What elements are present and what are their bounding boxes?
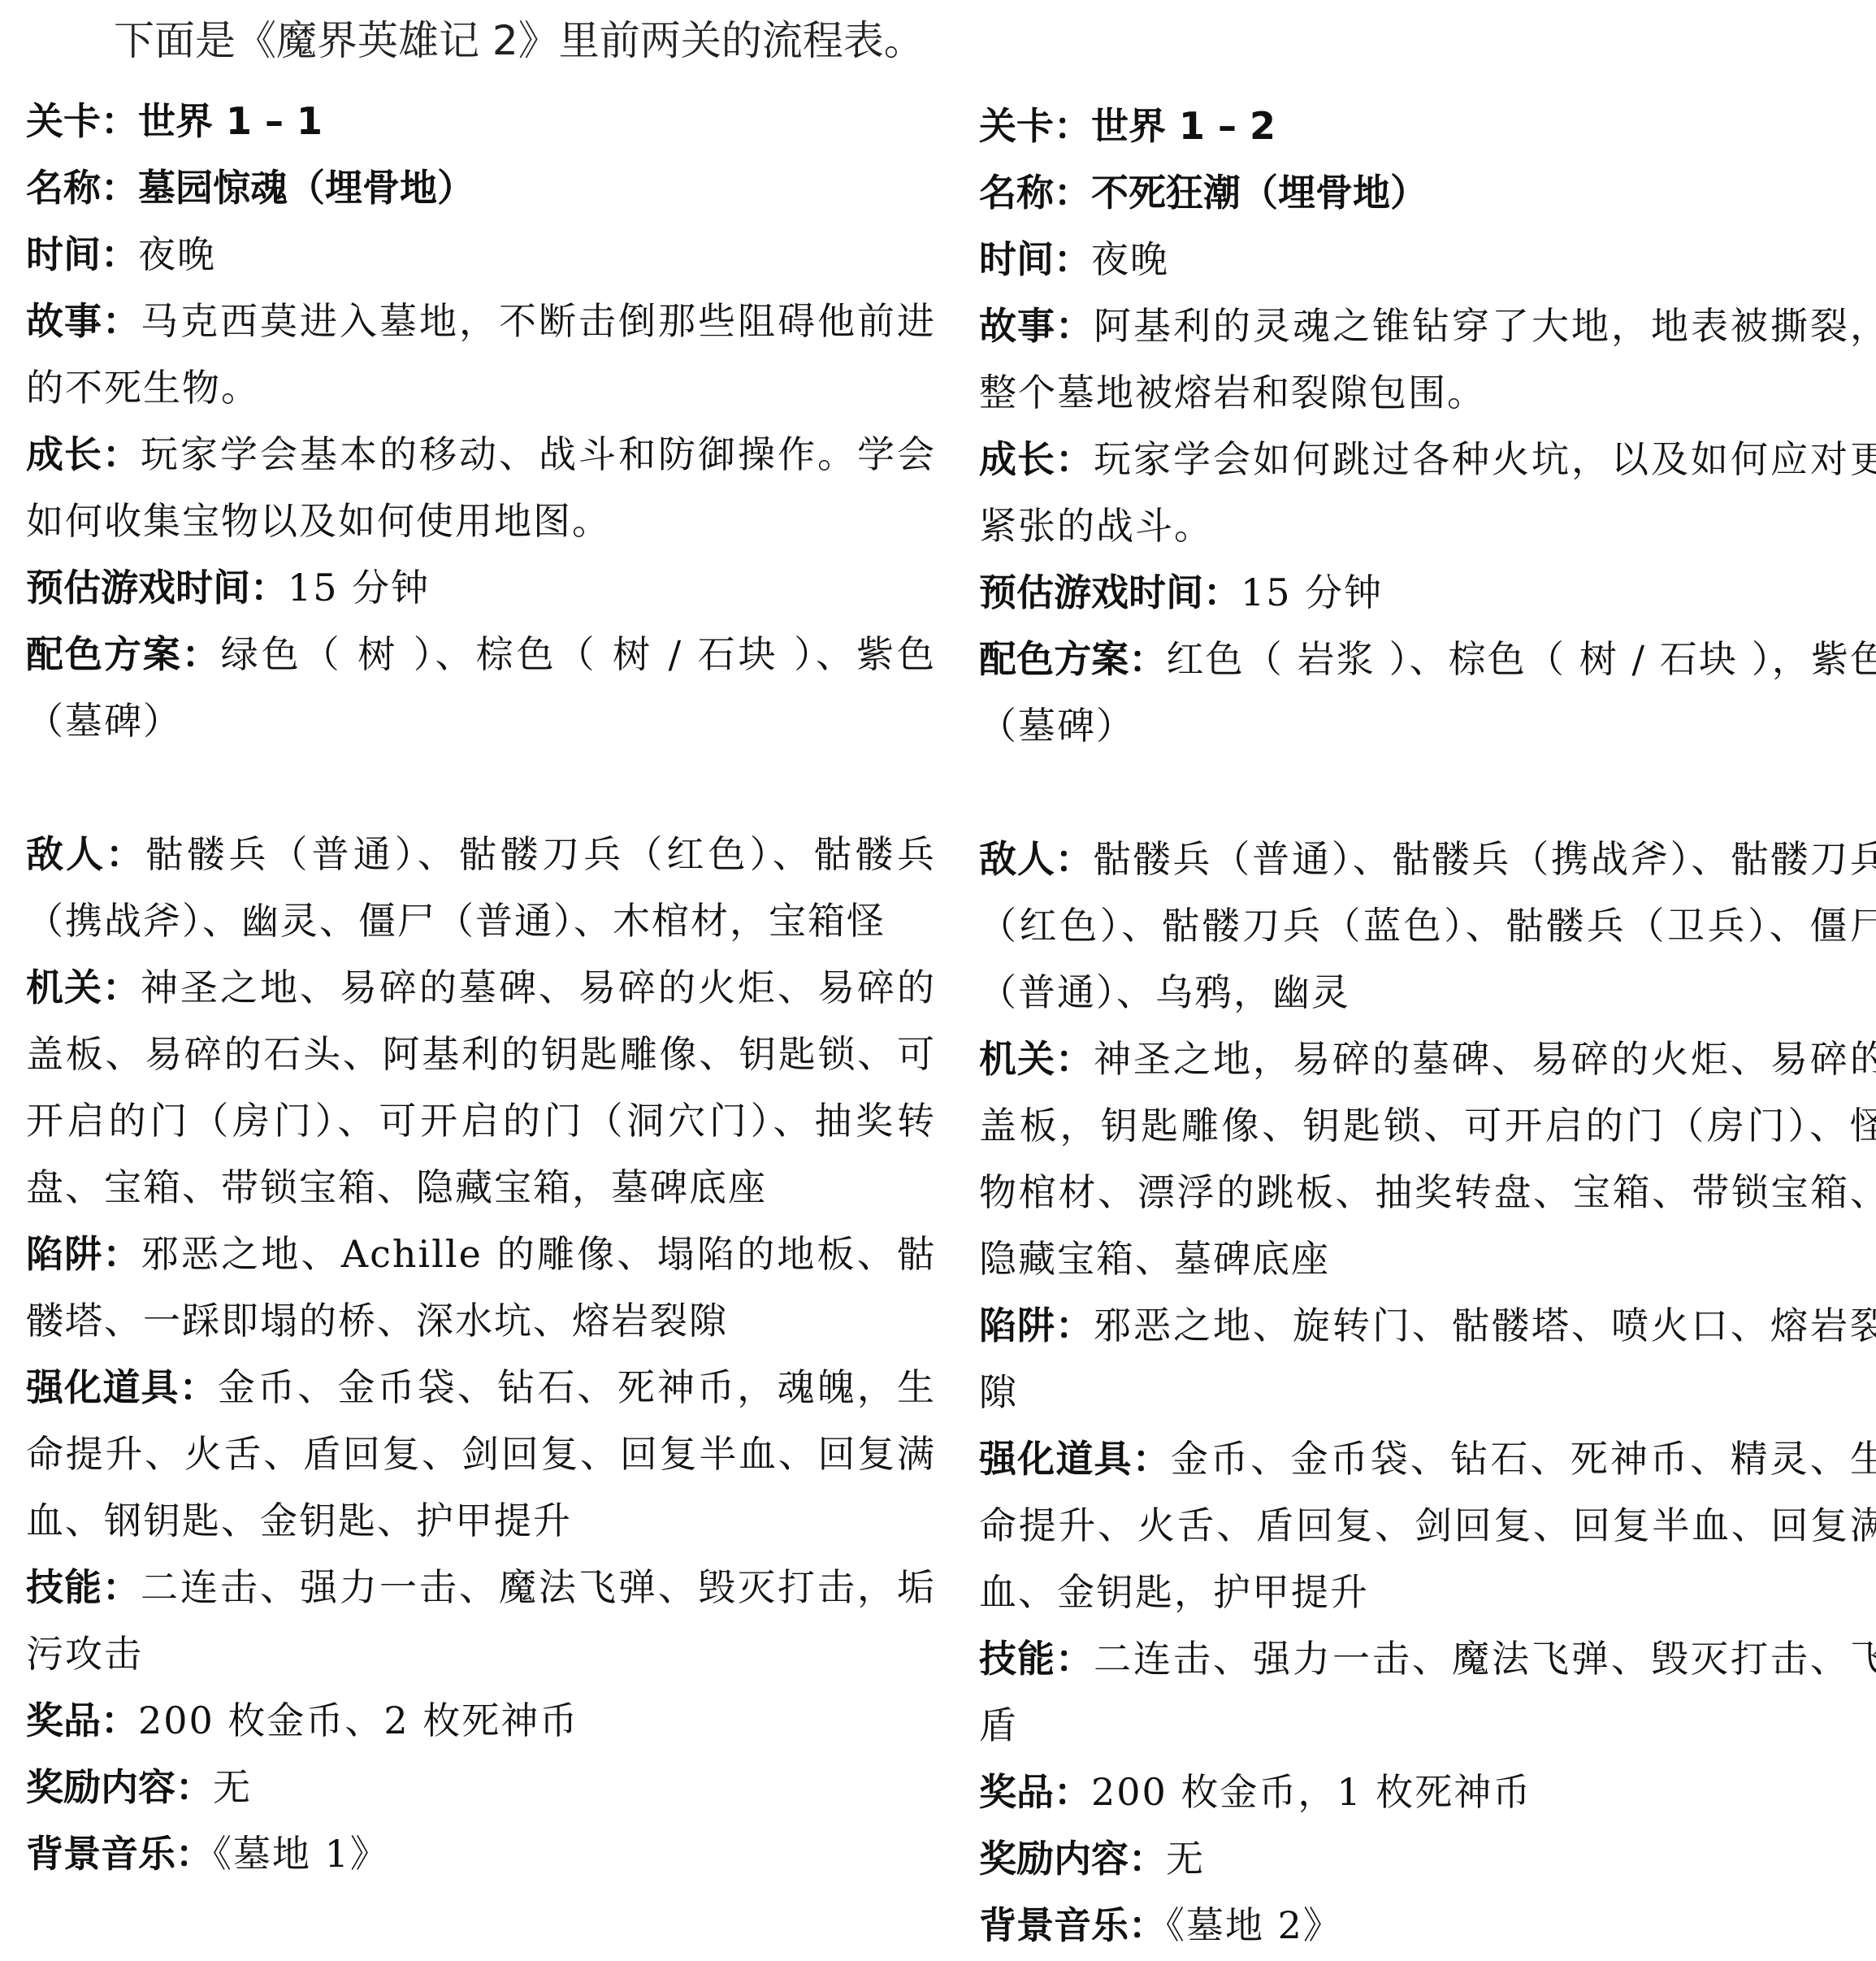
field-label: 预估游戏时间： xyxy=(26,566,288,610)
field-value: 夜晚 xyxy=(138,232,216,276)
field-playtime: 预估游戏时间：15 分钟 xyxy=(979,559,1876,626)
field-powerups: 强化道具：金币、金币袋、钻石、死神币，魂魄，生命提升、火舌、盾回复、剑回复、回复… xyxy=(26,1354,936,1554)
field-music: 背景音乐：《墓地 1》 xyxy=(26,1820,936,1887)
field-label: 时间： xyxy=(26,232,138,276)
field-label: 强化道具： xyxy=(979,1437,1171,1481)
field-value: 无 xyxy=(1166,1837,1205,1881)
field-value: 神圣之地、易碎的墓碑、易碎的火炬、易碎的盖板、易碎的石头、阿基利的钥匙雕像、钥匙… xyxy=(26,965,936,1209)
field-label: 背景音乐： xyxy=(979,1903,1166,1947)
field-label: 敌人： xyxy=(979,837,1094,881)
field-name: 名称：墓园惊魂（埋骨地） xyxy=(26,154,936,221)
field-value: 神圣之地，易碎的墓碑、易碎的火炬、易碎的盖板，钥匙雕像、钥匙锁、可开启的门（房门… xyxy=(979,1037,1876,1281)
field-enemies: 敌人：骷髅兵（普通）、骷髅兵（携战斧）、骷髅刀兵（红色）、骷髅刀兵（蓝色）、骷髅… xyxy=(979,826,1876,1026)
field-music: 背景音乐：《墓地 2》 xyxy=(979,1892,1876,1959)
field-traps: 陷阱：邪恶之地、旋转门、骷髅塔、喷火口、熔岩裂隙 xyxy=(979,1292,1876,1425)
field-label: 故事： xyxy=(979,304,1094,348)
field-value: 阿基利的灵魂之锥钻穿了大地，地表被撕裂，整个墓地被熔岩和裂隙包围。 xyxy=(979,304,1876,414)
field-label: 机关： xyxy=(26,965,141,1009)
field-growth: 成长：玩家学会基本的移动、战斗和防御操作。学会如何收集宝物以及如何使用地图。 xyxy=(26,421,936,554)
field-prizes: 奖品：200 枚金币、2 枚死神币 xyxy=(26,1687,936,1754)
field-value: 世界 1 – 2 xyxy=(1091,104,1276,148)
field-label: 关卡： xyxy=(26,99,138,143)
field-value: 玩家学会如何跳过各种火坑，以及如何应对更紧张的战斗。 xyxy=(979,437,1876,548)
field-value: 邪恶之地、旋转门、骷髅塔、喷火口、熔岩裂隙 xyxy=(979,1304,1876,1414)
field-value: 《墓地 2》 xyxy=(1166,1903,1342,1947)
field-label: 强化道具： xyxy=(26,1365,218,1409)
field-label: 技能： xyxy=(26,1565,141,1609)
field-value: 夜晚 xyxy=(1091,237,1169,281)
field-value: 二连击、强力一击、魔法飞弹、毁灭打击、飞盾 xyxy=(979,1637,1876,1747)
field-value: 骷髅兵（普通）、骷髅刀兵（红色）、骷髅兵（携战斧）、幽灵、僵尸（普通）、木棺材，… xyxy=(26,832,936,943)
field-label: 配色方案： xyxy=(26,632,221,676)
field-skills: 技能：二连击、强力一击、魔法飞弹、毁灭打击、飞盾 xyxy=(979,1625,1876,1759)
field-label: 奖励内容： xyxy=(26,1765,213,1809)
field-label: 时间： xyxy=(979,237,1091,281)
field-label: 预估游戏时间： xyxy=(979,571,1241,614)
field-label: 故事： xyxy=(26,299,141,343)
field-label: 名称： xyxy=(26,166,138,210)
field-value: 15 分钟 xyxy=(1241,571,1383,614)
field-level: 关卡：世界 1 – 2 xyxy=(979,93,1876,159)
field-value: 《墓地 1》 xyxy=(213,1832,389,1876)
field-colors: 配色方案：绿色（ 树 ）、棕色（ 树 / 石块 ）、紫色（墓碑） xyxy=(26,621,936,754)
field-value: 200 枚金币，1 枚死神币 xyxy=(1091,1770,1532,1814)
field-label: 机关： xyxy=(979,1037,1094,1081)
field-label: 配色方案： xyxy=(979,637,1167,681)
field-value: 邪恶之地、Achille 的雕像、塌陷的地板、骷髅塔、一踩即塌的桥、深水坑、熔岩… xyxy=(26,1232,936,1343)
field-value: 骷髅兵（普通）、骷髅兵（携战斧）、骷髅刀兵（红色）、骷髅刀兵（蓝色）、骷髅兵（卫… xyxy=(979,837,1876,1014)
field-value: 马克西莫进入墓地，不断击倒那些阻碍他前进的不死生物。 xyxy=(26,299,936,410)
level-sheet-1-1: 关卡：世界 1 – 1 名称：墓园惊魂（埋骨地） 时间：夜晚 故事：马克西莫进入… xyxy=(26,88,936,1887)
field-value: 世界 1 – 1 xyxy=(138,99,323,143)
field-value: 无 xyxy=(213,1765,252,1809)
field-traps: 陷阱：邪恶之地、Achille 的雕像、塌陷的地板、骷髅塔、一踩即塌的桥、深水坑… xyxy=(26,1221,936,1354)
field-value: 15 分钟 xyxy=(288,566,430,610)
field-value: 200 枚金币、2 枚死神币 xyxy=(138,1699,578,1742)
field-label: 敌人： xyxy=(26,832,145,876)
field-powerups: 强化道具：金币、金币袋、钻石、死神币、精灵、生命提升、火舌、盾回复、剑回复、回复… xyxy=(979,1425,1876,1625)
field-mechanisms: 机关：神圣之地，易碎的墓碑、易碎的火炬、易碎的盖板，钥匙雕像、钥匙锁、可开启的门… xyxy=(979,1026,1876,1292)
field-label: 名称： xyxy=(979,171,1091,215)
field-label: 奖品： xyxy=(979,1770,1091,1814)
field-label: 陷阱： xyxy=(979,1304,1094,1347)
field-name: 名称：不死狂潮（埋骨地） xyxy=(979,159,1876,226)
field-story: 故事：马克西莫进入墓地，不断击倒那些阻碍他前进的不死生物。 xyxy=(26,288,936,421)
field-value: 二连击、强力一击、魔法飞弹、毁灭打击，垢污攻击 xyxy=(26,1565,936,1676)
field-label: 技能： xyxy=(979,1637,1094,1681)
field-label: 成长： xyxy=(26,432,141,476)
intro-sentence: 下面是《魔界英雄记 2》里前两关的流程表。 xyxy=(114,15,925,67)
field-enemies: 敌人：骷髅兵（普通）、骷髅刀兵（红色）、骷髅兵（携战斧）、幽灵、僵尸（普通）、木… xyxy=(26,821,936,954)
spacer xyxy=(979,759,1876,826)
field-time: 时间：夜晚 xyxy=(979,226,1876,293)
field-playtime: 预估游戏时间：15 分钟 xyxy=(26,554,936,621)
field-label: 陷阱： xyxy=(26,1232,141,1276)
field-growth: 成长：玩家学会如何跳过各种火坑，以及如何应对更紧张的战斗。 xyxy=(979,426,1876,559)
field-story: 故事：阿基利的灵魂之锥钻穿了大地，地表被撕裂，整个墓地被熔岩和裂隙包围。 xyxy=(979,293,1876,426)
field-label: 奖品： xyxy=(26,1699,138,1742)
field-value: 玩家学会基本的移动、战斗和防御操作。学会如何收集宝物以及如何使用地图。 xyxy=(26,432,936,543)
field-label: 奖励内容： xyxy=(979,1837,1166,1881)
field-colors: 配色方案：红色（ 岩浆 ）、棕色（ 树 / 石块 ），紫色（墓碑） xyxy=(979,626,1876,759)
field-level: 关卡：世界 1 – 1 xyxy=(26,88,936,154)
field-mechanisms: 机关：神圣之地、易碎的墓碑、易碎的火炬、易碎的盖板、易碎的石头、阿基利的钥匙雕像… xyxy=(26,954,936,1221)
field-rewards: 奖励内容：无 xyxy=(979,1825,1876,1892)
spacer xyxy=(26,754,936,821)
field-label: 背景音乐： xyxy=(26,1832,213,1876)
field-prizes: 奖品：200 枚金币，1 枚死神币 xyxy=(979,1759,1876,1825)
field-label: 关卡： xyxy=(979,104,1091,148)
field-rewards: 奖励内容：无 xyxy=(26,1754,936,1820)
field-skills: 技能：二连击、强力一击、魔法飞弹、毁灭打击，垢污攻击 xyxy=(26,1554,936,1687)
field-value: 墓园惊魂（埋骨地） xyxy=(138,166,474,210)
field-value: 不死狂潮（埋骨地） xyxy=(1091,171,1428,215)
level-sheet-1-2: 关卡：世界 1 – 2 名称：不死狂潮（埋骨地） 时间：夜晚 故事：阿基利的灵魂… xyxy=(979,93,1876,1959)
field-time: 时间：夜晚 xyxy=(26,221,936,288)
field-label: 成长： xyxy=(979,437,1094,481)
